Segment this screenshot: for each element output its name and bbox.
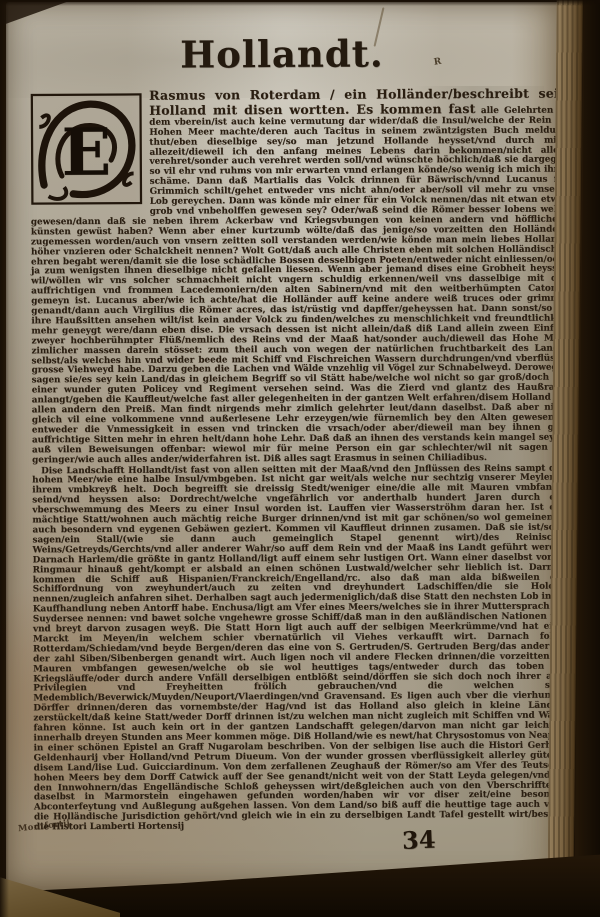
- book-photo: Hollandt. R E Rasmus von R: [0, 0, 600, 917]
- paragraph-erasmus: E Rasmus von Roterdam / ein Holländer/be…: [30, 87, 570, 466]
- body-text-block: E Rasmus von Roterdam / ein Holländer/be…: [30, 87, 572, 834]
- page-title: Hollandt.: [4, 31, 560, 78]
- shadow-edge-top: [0, 0, 600, 6]
- folio-number: 34: [401, 825, 436, 855]
- book-page: Hollandt. R E Rasmus von R: [6, 2, 562, 894]
- initial-letter: E: [61, 115, 111, 191]
- signature-mark: R: [433, 57, 442, 68]
- woodcut-initial-icon: E: [30, 90, 143, 209]
- paragraph-landschafft: Dise Landschafft Hollandt/ist fast von a…: [32, 464, 572, 833]
- shadow-edge-left: [0, 0, 9, 917]
- printed-content: Hollandt. R E Rasmus von R: [4, 1, 565, 896]
- decorative-initial: E: [30, 90, 143, 209]
